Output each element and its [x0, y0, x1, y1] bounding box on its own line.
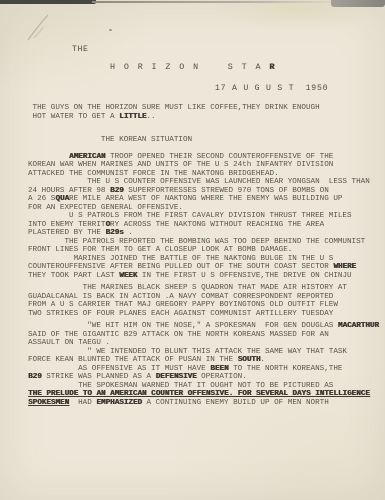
masthead-kicker: THE: [72, 45, 89, 54]
text-line: FROM A U S CARRIER THAT MAJ GREGORY PAPP…: [28, 301, 380, 310]
text-run: HOT WATER TO GET A: [28, 113, 119, 121]
text-run: PLASTERED BY THE: [28, 229, 105, 237]
text-line: " WE INTENDED TO BLUNT THIS ATTACK THE S…: [28, 348, 380, 357]
text-run: RE MILE AREA WEST OF NAKTONG WHERE THE E…: [69, 195, 342, 203]
text-run: [28, 153, 69, 161]
text-run: 24 HOURS AFTER 98: [28, 187, 110, 195]
text-line: THE PATROLS REPORTED THE BOMBING WAS TOO…: [28, 238, 380, 247]
text-run: THE GUYS ON THE HORIZON SURE MUST LIKE C…: [28, 104, 320, 112]
text-line: THE MARINES BLACK SHEEP S QUADRON THAT M…: [28, 284, 380, 293]
text-run: THE PATROLS REPORTED THE BOMBING WAS TOO…: [28, 238, 365, 246]
text-run: WEEK: [119, 272, 137, 280]
pencil-smudge: [20, 8, 72, 50]
masthead-title: H O R I Z O N S T A R: [110, 62, 276, 72]
text-run: B29: [28, 373, 42, 381]
text-line: B29 STRIKE WAS PLANNED AS A DEFENSIVE OP…: [28, 373, 380, 382]
text-run: LITTLE: [119, 113, 146, 121]
text-run: THE MARINES BLACK SHEEP S QUADRON THAT M…: [28, 284, 347, 292]
text-run: INTO ENEMY TERRIT: [28, 221, 105, 229]
text-run: THE PRELUDE TO AN AMERICAN COUNTER OFFEN…: [28, 390, 370, 398]
text-run: IN THE FIRST U S OFFENSIVE,THE DRIVE ON …: [137, 272, 351, 280]
text-run: TWO STRIKES OF FOUR PLANES EACH AGAINST …: [28, 310, 333, 318]
text-run: FOR AN EXPECTED GENERAL OFFENSIVE.: [28, 204, 183, 212]
text-run: ..: [146, 113, 155, 121]
text-run: AMERICAN: [69, 153, 105, 161]
text-line: AS OFFENSIVE AS IT MUST HAVE BEEN TO THE…: [28, 365, 380, 374]
text-line: SPOKESMEN HAD EMPHASIZED A CONTINUING EN…: [28, 399, 380, 408]
text-run: FROM A U S CARRIER THAT MAJ GREGORY PAPP…: [28, 301, 338, 309]
text-line: A 26 SQUARE MILE AREA WEST OF NAKTONG WH…: [28, 195, 380, 204]
text-run: OPERATION.: [197, 373, 247, 381]
text-line: FORCE KEAN BLUNTED THE ATTACK OF PUSAN I…: [28, 356, 380, 365]
text-run: QUA: [55, 195, 69, 203]
text-run: A CONTINUING ENEMY BUILD UP OF MEN NORTH: [142, 399, 329, 407]
text-run: BEEN: [210, 365, 228, 373]
para-macarthur-quote: "WE HIT HIM ON THE NOSE," A SPOKESMAN FO…: [28, 322, 380, 348]
newspaper-page: THE H O R I Z O N S T A R 17 A U G U S T…: [0, 0, 385, 500]
text-run: STRIKE WAS PLANNED AS A: [42, 373, 156, 381]
para-yongsan: THE U S COUNTER OFFENSIVE WAS LAUNCHED N…: [28, 178, 380, 212]
text-run: WHERE: [333, 263, 356, 271]
para-defensive: AS OFFENSIVE AS IT MUST HAVE BEEN TO THE…: [28, 365, 380, 382]
text-line: THE PRELUDE TO AN AMERICAN COUNTER OFFEN…: [28, 390, 380, 399]
text-run: "WE HIT HIM ON THE NOSE," A SPOKESMAN FO…: [28, 322, 338, 330]
text-run: SPOKESMEN: [28, 399, 69, 407]
text-run: ASSAULT ON TAEGU .: [28, 339, 110, 347]
document-body: THE GUYS ON THE HORIZON SURE MUST LIKE C…: [28, 104, 380, 407]
text-line: AMERICAN TROOP OPENED THEIR SECOND COUNT…: [28, 153, 380, 162]
text-line: ATTACKED THE COMMUNIST FORCE IN THE NAKT…: [28, 170, 380, 179]
masthead-title-overstruck-letter: R: [269, 62, 276, 72]
section-heading: THE KOREAN SITUATION: [28, 136, 380, 145]
text-run: THE SPOKESMAN WARNED THAT IT OUGHT NOT T…: [28, 382, 333, 390]
text-line: MARINES JOINED THE BATTLE OF THE NAKTONG…: [28, 255, 380, 264]
text-run: THE KOREAN SITUATION: [28, 136, 192, 144]
text-line: THE SPOKESMAN WARNED THAT IT OUGHT NOT T…: [28, 382, 380, 391]
tagline: THE GUYS ON THE HORIZON SURE MUST LIKE C…: [28, 104, 380, 121]
text-line: FRONT LINES FOR THEM TO GET A CLOSEUP LO…: [28, 246, 380, 255]
scan-edge-dark-bar: [0, 0, 96, 4]
para-blunt: " WE INTENDED TO BLUNT THIS ATTACK THE S…: [28, 348, 380, 365]
text-line: PLASTERED BY THE B29s .: [28, 229, 380, 238]
text-line: 24 HOURS AFTER 98 B29 SUPERFORTRESSES ST…: [28, 187, 380, 196]
masthead-date: 17 A U G U S T 1950: [215, 84, 328, 93]
text-run: GUADALCANAL IS BACK IN ACTION .A NAVY CO…: [28, 293, 333, 301]
para-counteroffensive: AMERICAN TROOP OPENED THEIR SECOND COUNT…: [28, 153, 380, 179]
text-run: AS OFFENSIVE AS IT MUST HAVE: [28, 365, 210, 373]
text-run: HAD: [69, 399, 96, 407]
text-run: MACARTHUR: [338, 322, 379, 330]
scan-edge-corner-patch: [331, 0, 385, 7]
text-run: COUNTEROUFFENSIVE AFTER BEING PULLED OUT…: [28, 263, 333, 271]
text-run: A 26 S: [28, 195, 55, 203]
text-line: THE KOREAN SITUATION: [28, 136, 380, 145]
para-marines: MARINES JOINED THE BATTLE OF THE NAKTONG…: [28, 255, 380, 281]
text-run: SOUTH: [238, 356, 261, 364]
text-run: FRONT LINES FOR THEM TO GET A CLOSEUP LO…: [28, 246, 292, 254]
text-line: SAID OF THE GIGANTIC B29 ATTACK ON THE N…: [28, 331, 380, 340]
text-run: RY ACROSS THE NAKTONG WITHOUT REACHING T…: [110, 221, 324, 229]
para-bombing: THE PATROLS REPORTED THE BOMBING WAS TOO…: [28, 238, 380, 255]
text-run: FORCE KEAN BLUNTED THE ATTACK OF PUSAN I…: [28, 356, 238, 364]
text-line: GUADALCANAL IS BACK IN ACTION .A NAVY CO…: [28, 293, 380, 302]
text-run: B29: [110, 187, 124, 195]
text-run: MARINES JOINED THE BATTLE OF THE NAKTONG…: [28, 255, 333, 263]
text-line: THEY TOOK PART LAST WEEK IN THE FIRST U …: [28, 272, 380, 281]
text-run: ATTACKED THE COMMUNIST FORCE IN THE NAKT…: [28, 170, 279, 178]
para-patrols: U S PATROLS FROM THE FIRST CAVALRY DIVIS…: [28, 212, 380, 238]
text-line: "WE HIT HIM ON THE NOSE," A SPOKESMAN FO…: [28, 322, 380, 331]
text-run: EMPHASIZED: [96, 399, 142, 407]
text-run: .: [124, 229, 133, 237]
text-run: TROOP OPENED THEIR SECOND COUNTEROFFENSI…: [105, 153, 333, 161]
text-run: SAID OF THE GIGANTIC B29 ATTACK ON THE N…: [28, 331, 329, 339]
text-line: ASSAULT ON TAEGU .: [28, 339, 380, 348]
text-line: U S PATROLS FROM THE FIRST CAVALRY DIVIS…: [28, 212, 380, 221]
text-run: " WE INTENDED TO BLUNT THIS ATTACK THE S…: [28, 348, 347, 356]
scan-edge-line: [92, 1, 342, 3]
text-run: KOREAN WAR WHEN MARINES AND UNITS OF THE…: [28, 161, 333, 169]
text-line: KOREAN WAR WHEN MARINES AND UNITS OF THE…: [28, 161, 380, 170]
text-run: TO THE NORTH KOREANS,THE: [229, 365, 343, 373]
para-warning: THE SPOKESMAN WARNED THAT IT OUGHT NOT T…: [28, 382, 380, 408]
text-line: FOR AN EXPECTED GENERAL OFFENSIVE.: [28, 204, 380, 213]
para-black-sheep: THE MARINES BLACK SHEEP S QUADRON THAT M…: [28, 284, 380, 318]
text-run: THE U S COUNTER OFFENSIVE WAS LAUNCHED N…: [28, 178, 370, 186]
text-run: .: [260, 356, 265, 364]
text-line: TWO STRIKES OF FOUR PLANES EACH AGAINST …: [28, 310, 380, 319]
text-line: HOT WATER TO GET A LITTLE..: [28, 113, 380, 122]
text-run: B29s: [105, 229, 123, 237]
text-line: THE U S COUNTER OFFENSIVE WAS LAUNCHED N…: [28, 178, 380, 187]
text-line: INTO ENEMY TERRITORY ACROSS THE NAKTONG …: [28, 221, 380, 230]
masthead-title-text: H O R I Z O N S T A: [110, 62, 269, 72]
text-line: THE GUYS ON THE HORIZON SURE MUST LIKE C…: [28, 104, 380, 113]
text-run: THEY TOOK PART LAST: [28, 272, 119, 280]
text-line: COUNTEROUFFENSIVE AFTER BEING PULLED OUT…: [28, 263, 380, 272]
text-run: DEFENSIVE: [156, 373, 197, 381]
text-run: SUPERFORTRESSES STREWED 970 TONS OF BOMB…: [124, 187, 329, 195]
paper-speck: [109, 29, 112, 31]
text-run: U S PATROLS FROM THE FIRST CAVALRY DIVIS…: [28, 212, 352, 220]
